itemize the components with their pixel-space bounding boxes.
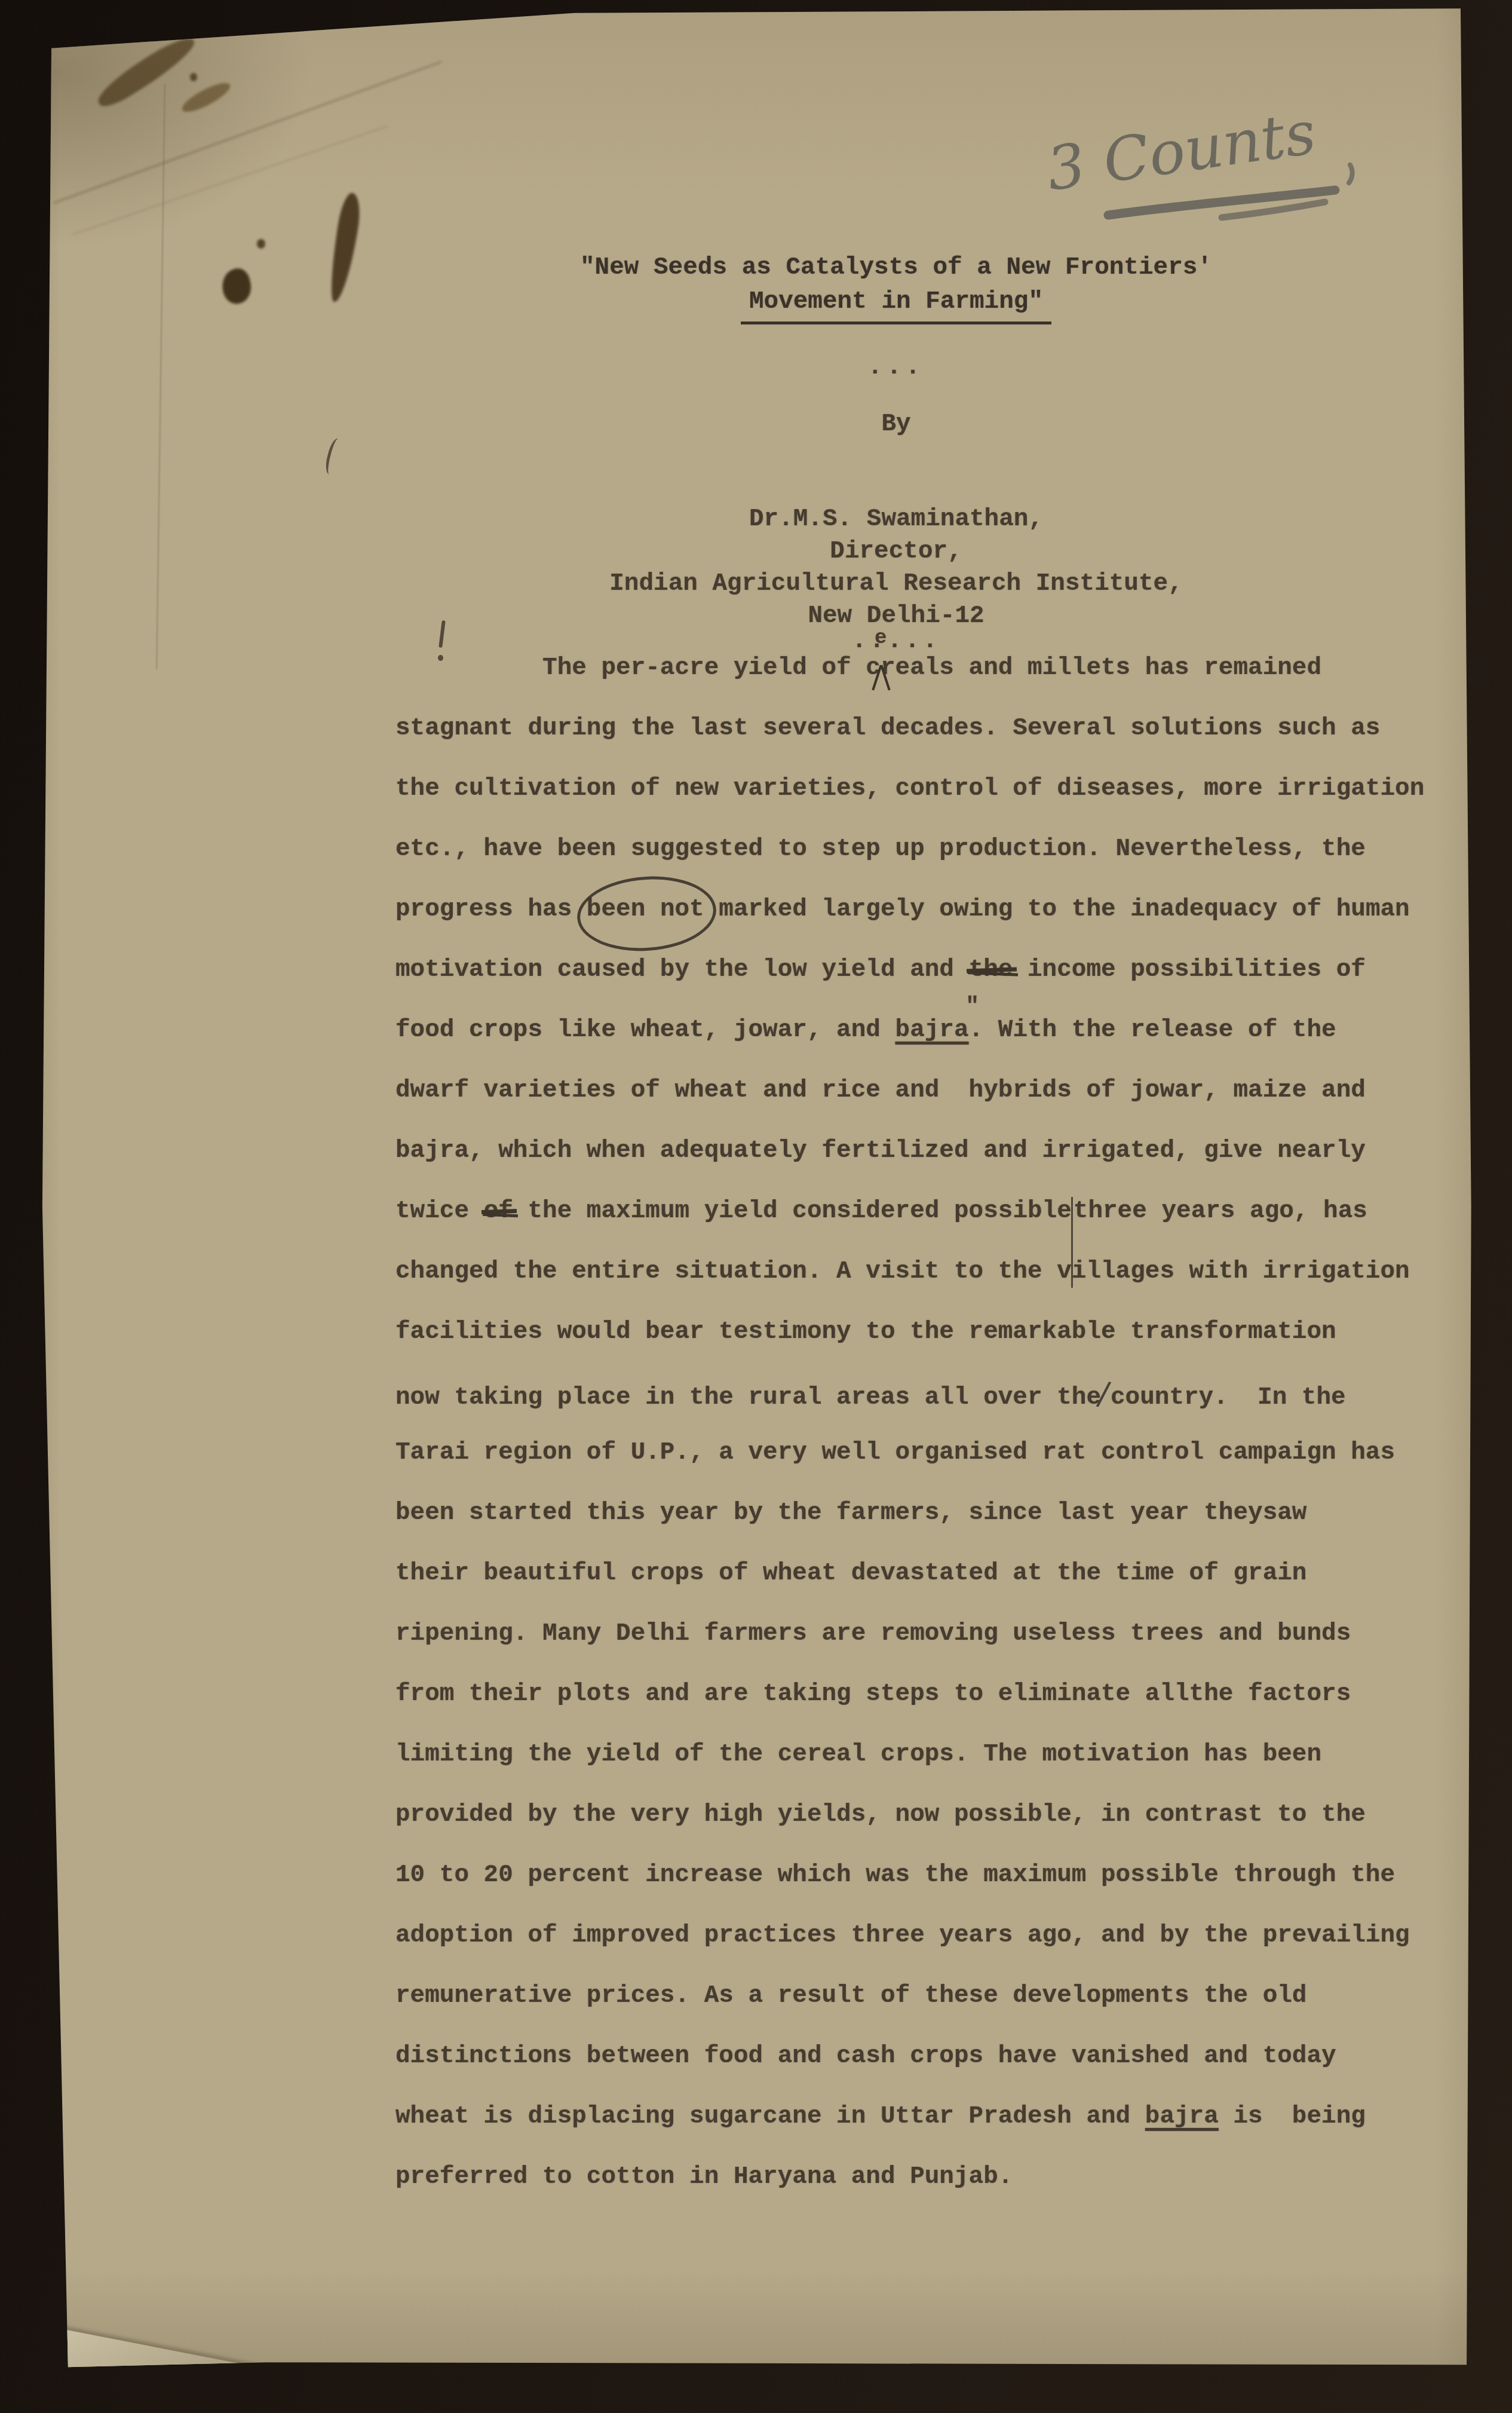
pencil-tick xyxy=(1349,165,1352,183)
body-line: adoption of improved practices three yea… xyxy=(395,1906,1424,1966)
stray-pen-mark xyxy=(323,437,344,476)
text-segment: bajra, which when adequately fertilized … xyxy=(395,1137,1366,1165)
text-segment: three years ago, has xyxy=(1074,1198,1367,1225)
ink-stain xyxy=(179,78,234,117)
body-line: motivation caused by the low yield and t… xyxy=(395,940,1424,1000)
underlined-word: bajra xyxy=(895,1016,969,1044)
text-segment: reals and millets has remained xyxy=(881,654,1321,682)
body-line: preferred to cotton in Haryana and Punja… xyxy=(395,2147,1424,2207)
handwritten-note: 3 Counts xyxy=(1039,108,1374,239)
ink-speck xyxy=(257,239,265,249)
text-segment: food crops like wheat, jowar, and xyxy=(395,1016,895,1044)
text-segment: adoption of improved practices three yea… xyxy=(395,1922,1410,1949)
author-block: Dr.M.S. Swaminathan, Director, Indian Ag… xyxy=(370,503,1422,632)
text-segment: income possibilities of xyxy=(1013,956,1366,984)
ink-stain xyxy=(326,191,364,304)
body-line: changed the entire situation. A visit to… xyxy=(395,1242,1424,1302)
corner-fold xyxy=(48,2326,263,2368)
underlined-word: bajra xyxy=(1145,2103,1219,2130)
text-segment: . xyxy=(969,1016,984,1044)
body-line: from their plots and are taking steps to… xyxy=(395,1664,1424,1725)
text-segment: ripening. Many Delhi farmers are removin… xyxy=(395,1620,1351,1648)
text-segment: their beautiful crops of wheat devastate… xyxy=(395,1560,1306,1587)
text-segment: been started this year by the farmers, s… xyxy=(395,1499,1306,1527)
body-line: progress has been not marked largely owi… xyxy=(395,880,1424,940)
body-line: The per-acre yield of cereals and millet… xyxy=(395,638,1424,699)
text-segment: motivation caused by the low yield and xyxy=(395,956,969,984)
text-segment: twice xyxy=(395,1198,484,1225)
text-segment: the cultivation of new varieties, contro… xyxy=(395,775,1424,803)
body-line: stagnant during the last several decades… xyxy=(395,699,1424,759)
body-line: limiting the yield of the cereal crops. … xyxy=(395,1725,1424,1785)
struck-out-word: of xyxy=(484,1198,513,1225)
body-line: provided by the very high yields, now po… xyxy=(395,1785,1424,1845)
text-segment: limiting the yield of the cereal crops. … xyxy=(395,1741,1321,1768)
text-segment: preferred to cotton in Haryana and Punja… xyxy=(395,2163,1013,2191)
text-segment: from their plots and are taking steps to… xyxy=(395,1680,1351,1708)
text-segment: marked largely owing to the inadequacy o… xyxy=(704,896,1410,923)
struck-out-word: the xyxy=(969,956,1013,984)
text-segment: dwarf varieties of wheat and rice and hy… xyxy=(395,1077,1366,1104)
title-line-1: "New Seeds as Catalysts of a New Frontie… xyxy=(370,251,1422,285)
vertical-crease xyxy=(156,84,165,669)
body-line: the cultivation of new varieties, contro… xyxy=(395,759,1424,819)
body-line: now taking place in the rural areas all … xyxy=(395,1362,1424,1423)
body-line: been started this year by the farmers, s… xyxy=(395,1483,1424,1544)
body-line: etc., have been suggested to step up pro… xyxy=(395,819,1424,880)
scanned-document-photo: { "document": { "handwritten_note": "3 C… xyxy=(0,0,1512,2413)
text-segment: now taking place in the rural areas all … xyxy=(395,1384,1101,1411)
text-segment: distinctions between food and cash crops… xyxy=(395,2043,1336,2070)
text-segment: facilities would bear testimony to the r… xyxy=(395,1318,1336,1346)
body-line: 10 to 20 percent increase which was the … xyxy=(395,1845,1424,1906)
ink-stain xyxy=(92,32,201,112)
text-segment: the maximum yield considered possible xyxy=(513,1198,1072,1225)
body-text: The per-acre yield of cereals and millet… xyxy=(395,638,1424,2207)
byline-by: By xyxy=(370,411,1422,438)
pencil-underline xyxy=(1108,190,1335,215)
text-segment: stagnant during the last several decades… xyxy=(395,715,1380,742)
body-line: wheat is displacing sugarcane in Uttar P… xyxy=(395,2087,1424,2147)
body-line: bajra, which when adequately fertilized … xyxy=(395,1121,1424,1181)
text-segment: provided by the very high yields, now po… xyxy=(395,1801,1366,1829)
ink-stain xyxy=(219,266,255,307)
text-segment: Tarai region of U.P., a very well organi… xyxy=(395,1439,1395,1466)
title-line-2-text: Movement in Farming" xyxy=(741,285,1051,324)
text-segment: With the release of the xyxy=(983,1016,1336,1044)
text-segment: country. In the xyxy=(1111,1384,1346,1411)
body-line: distinctions between food and cash crops… xyxy=(395,2026,1424,2087)
text-segment: wheat is displacing sugarcane in Uttar P… xyxy=(395,2103,1145,2130)
body-line: dwarf varieties of wheat and rice and hy… xyxy=(395,1061,1424,1121)
author-name: Dr.M.S. Swaminathan, xyxy=(370,503,1422,535)
handwritten-note-text: 3 Counts xyxy=(1042,108,1320,204)
text-segment: etc., have been suggested to step up pro… xyxy=(395,835,1366,863)
text-segment: is being xyxy=(1219,2103,1366,2130)
dots-separator-top: ... xyxy=(370,354,1422,381)
body-line: food crops like wheat, jowar, and bajra.… xyxy=(395,1000,1424,1061)
paper-sheet: 3 Counts "New Seeds as Catalysts of a Ne… xyxy=(0,0,1512,2413)
body-line: their beautiful crops of wheat devastate… xyxy=(395,1544,1424,1604)
text-segment: changed the entire situation. A visit to… xyxy=(395,1258,1410,1285)
body-line: Tarai region of U.P., a very well organi… xyxy=(395,1423,1424,1483)
text-segment: remunerative prices. As a result of thes… xyxy=(395,1982,1306,2010)
ink-speck xyxy=(190,73,197,81)
body-line: remunerative prices. As a result of thes… xyxy=(395,1966,1424,2026)
author-title: Director, xyxy=(370,535,1422,568)
text-segment: The per-acre yield of c xyxy=(395,654,881,682)
circled-words: been not xyxy=(587,896,704,923)
text-segment: progress has xyxy=(395,896,587,923)
author-institute: Indian Agricultural Research Institute, xyxy=(370,568,1422,600)
body-line: twice of the maximum yield considered po… xyxy=(395,1181,1424,1242)
title-line-2: Movement in Farming" xyxy=(370,285,1422,324)
body-line: ripening. Many Delhi farmers are removin… xyxy=(395,1604,1424,1664)
text-segment: 10 to 20 percent increase which was the … xyxy=(395,1861,1395,1889)
body-line: facilities would bear testimony to the r… xyxy=(395,1302,1424,1362)
document-title: "New Seeds as Catalysts of a New Frontie… xyxy=(370,251,1422,324)
